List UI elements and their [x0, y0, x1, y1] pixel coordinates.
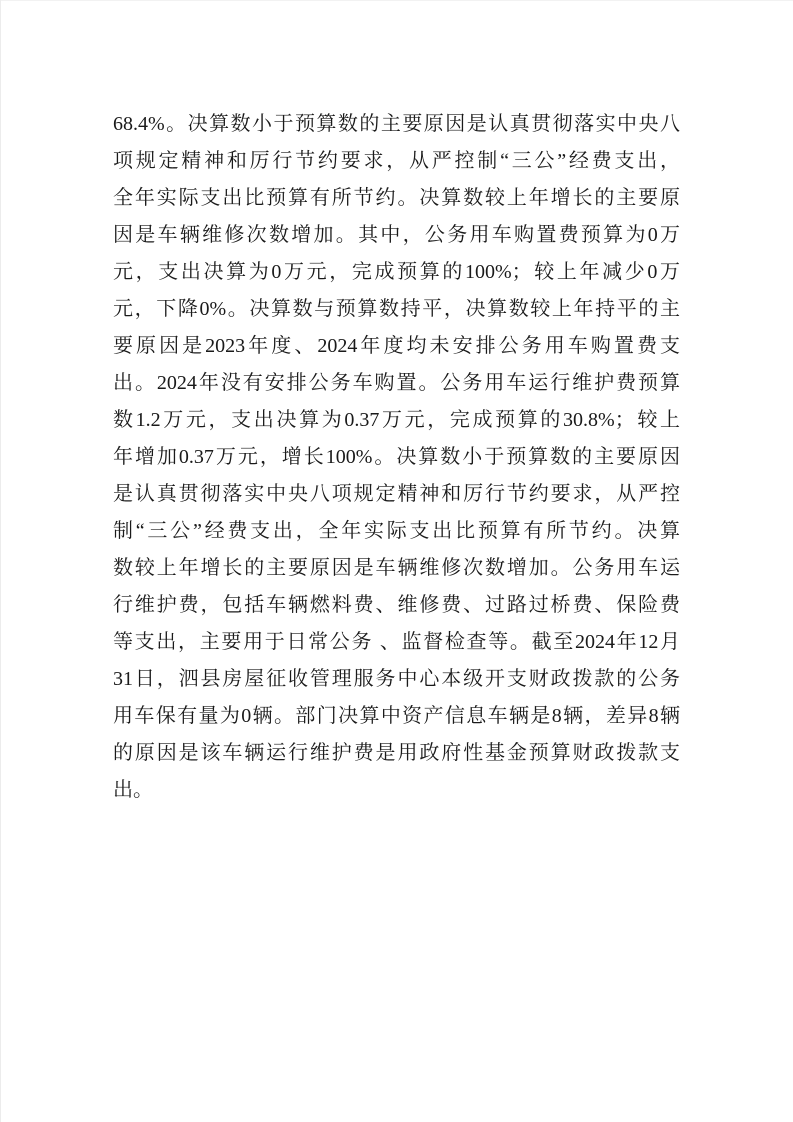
text-line: 元，支出决算为0万元，完成预算的100%；较上年减少0万: [113, 254, 680, 291]
text-line: 用车保有量为0辆。部门决算中资产信息车辆是8辆，差异8辆: [113, 698, 680, 735]
text-line: 是认真贯彻落实中央八项规定精神和厉行节约要求，从严控: [113, 476, 680, 513]
text-line: 元，下降0%。决算数与预算数持平，决算数较上年持平的主: [113, 291, 680, 328]
text-line: 等支出，主要用于日常公务 、监督检查等。截至2024年12月: [113, 624, 680, 661]
text-line: 要原因是2023年度、2024年度均未安排公务用车购置费支: [113, 328, 680, 365]
text-line: 因是车辆维修次数增加。其中，公务用车购置费预算为0万: [113, 217, 680, 254]
document-page-root: { "colors": { "page_background": "#fffff…: [0, 0, 793, 1122]
text-line: 项规定精神和厉行节约要求，从严控制“三公”经费支出，: [113, 143, 680, 180]
text-line: 数1.2万元，支出决算为0.37万元，完成预算的30.8%；较上: [113, 402, 680, 439]
text-line: 年增加0.37万元，增长100%。决算数小于预算数的主要原因: [113, 439, 680, 476]
text-line: 31日，泗县房屋征收管理服务中心本级开支财政拨款的公务: [113, 661, 680, 698]
text-line: 的原因是该车辆运行维护费是用政府性基金预算财政拨款支: [113, 735, 680, 772]
text-line: 全年实际支出比预算有所节约。决算数较上年增长的主要原: [113, 180, 680, 217]
budget-narrative-paragraph: 68.4%。决算数小于预算数的主要原因是认真贯彻落实中央八 项规定精神和厉行节约…: [113, 106, 680, 809]
text-line: 出。: [113, 772, 680, 809]
document-page: 68.4%。决算数小于预算数的主要原因是认真贯彻落实中央八 项规定精神和厉行节约…: [0, 0, 793, 1122]
text-line: 68.4%。决算数小于预算数的主要原因是认真贯彻落实中央八: [113, 106, 680, 143]
text-line: 制“三公”经费支出，全年实际支出比预算有所节约。决算: [113, 513, 680, 550]
text-line: 行维护费，包括车辆燃料费、维修费、过路过桥费、保险费: [113, 587, 680, 624]
text-line: 数较上年增长的主要原因是车辆维修次数增加。公务用车运: [113, 550, 680, 587]
text-line: 出。2024年没有安排公务车购置。公务用车运行维护费预算: [113, 365, 680, 402]
